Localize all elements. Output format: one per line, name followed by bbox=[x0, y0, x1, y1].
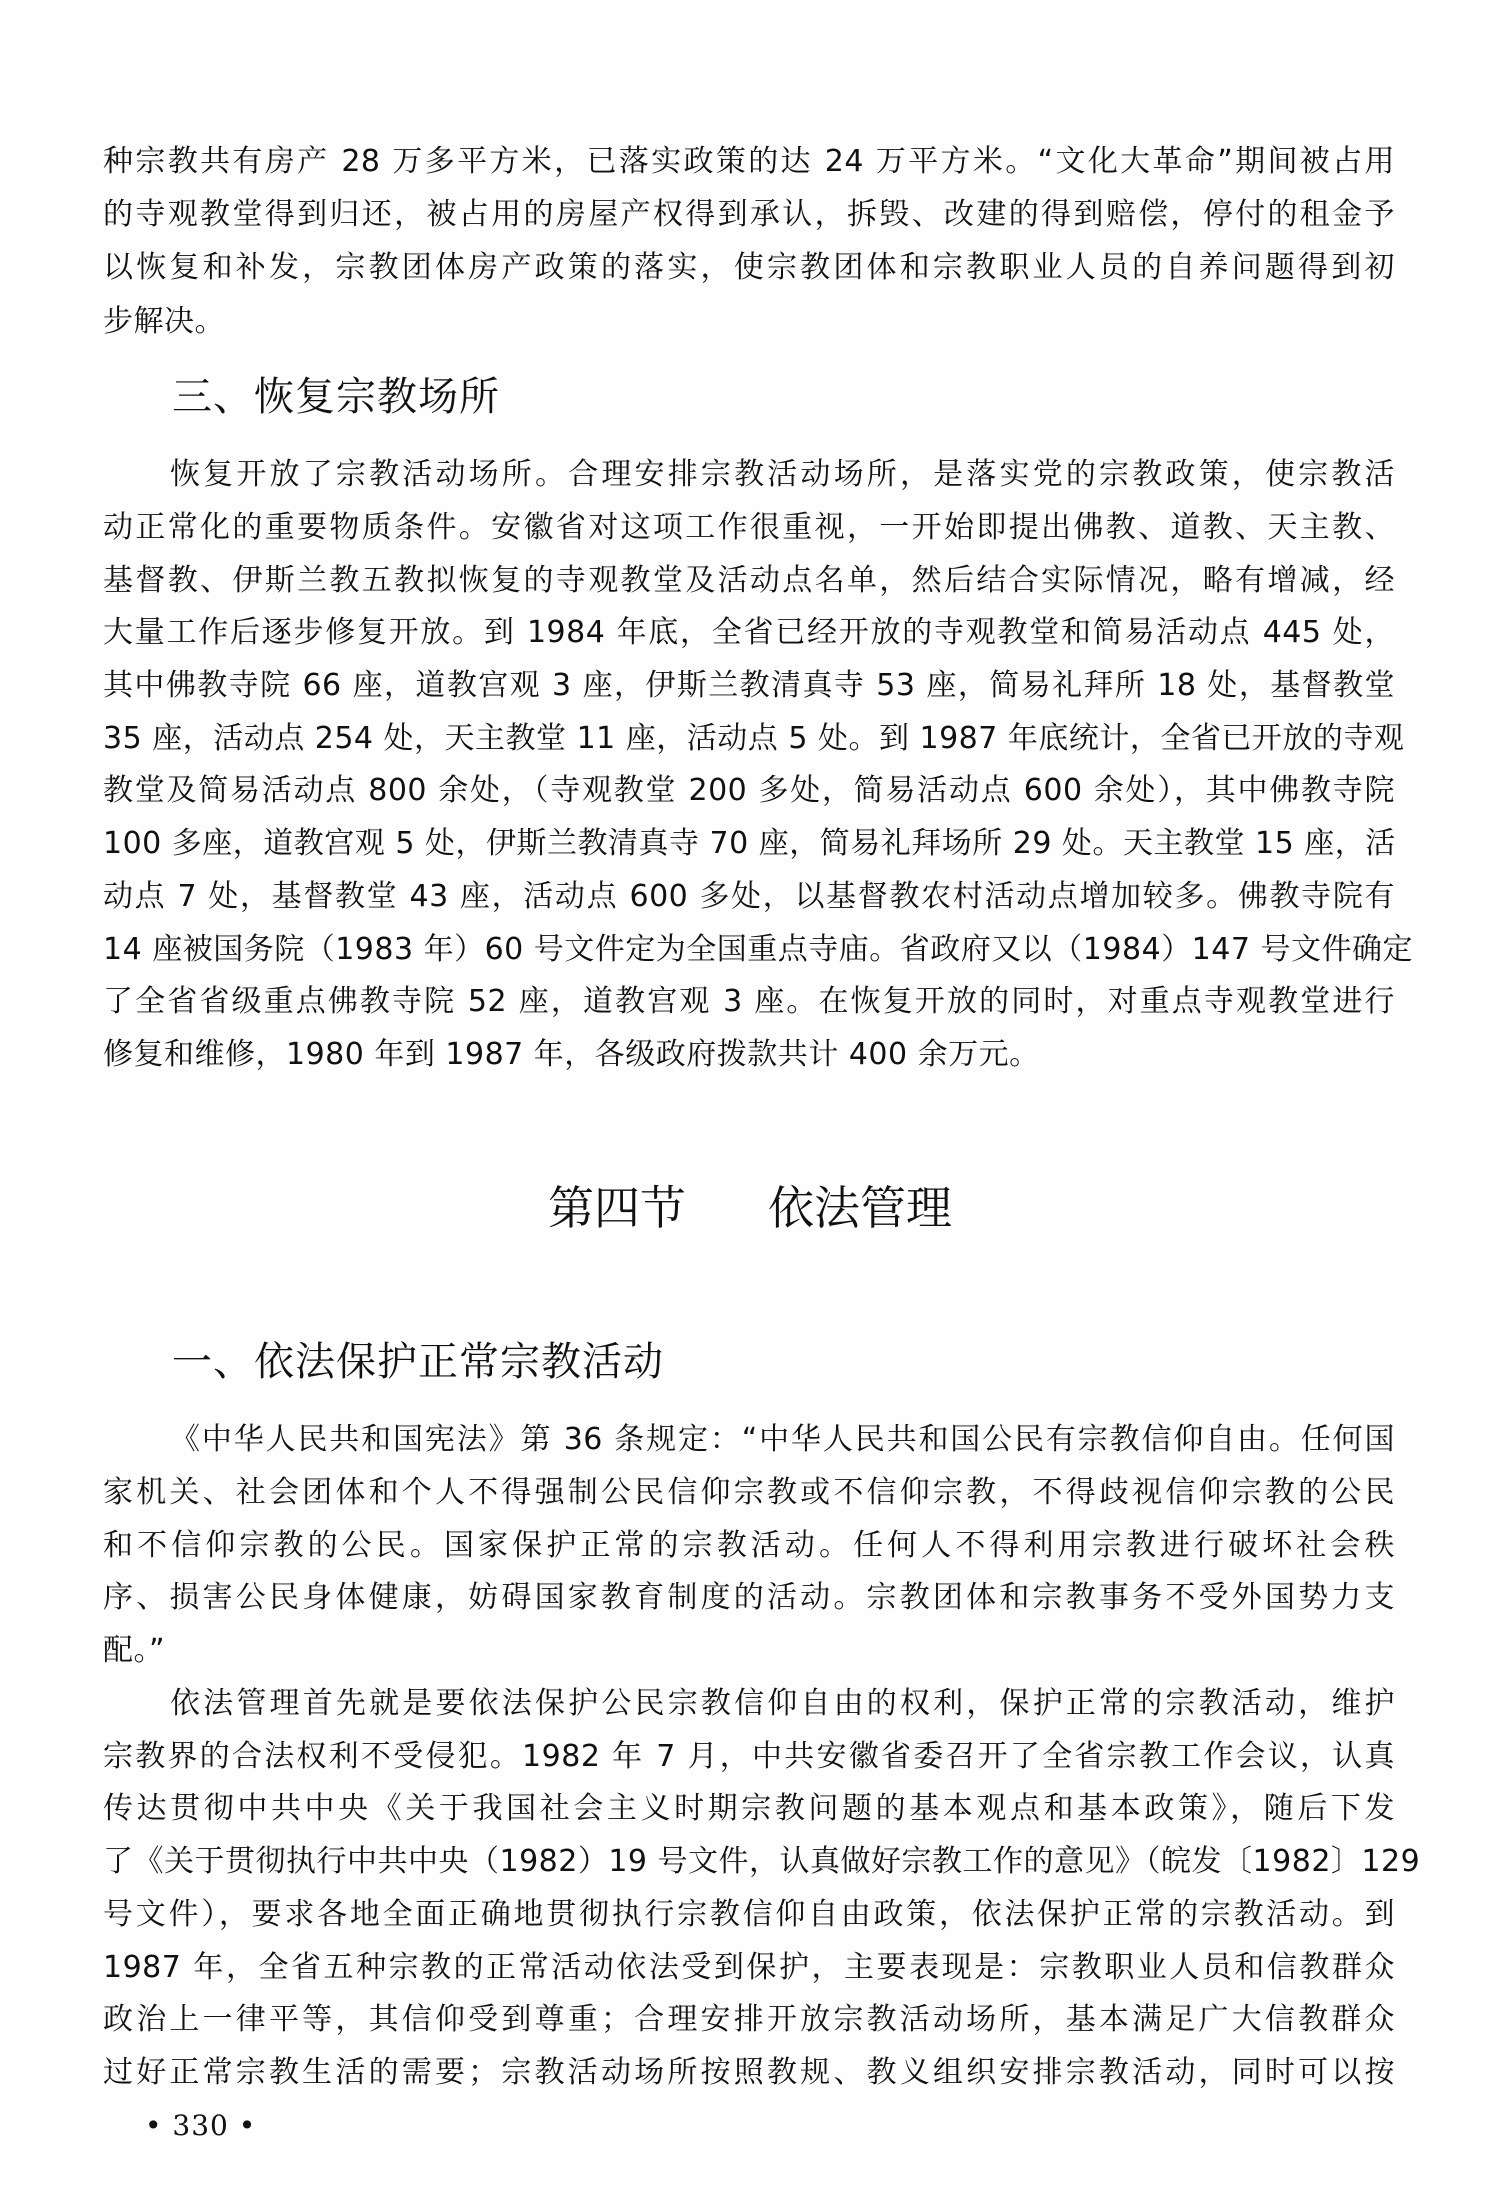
text-line: 了《关于贯彻执行中共中央（1982）19 号文件，认真做好宗教工作的意见》（皖发… bbox=[103, 1836, 1395, 1888]
text-line: 宗教界的合法权利不受侵犯。1982 年 7 月，中共安徽省委召开了全省宗教工作会… bbox=[103, 1731, 1395, 1783]
section-number: 第四节 bbox=[548, 1178, 686, 1238]
text-line: 了全省省级重点佛教寺院 52 座，道教宫观 3 座。在恢复开放的同时，对重点寺观… bbox=[103, 976, 1395, 1028]
text-line: 家机关、社会团体和个人不得强制公民信仰宗教或不信仰宗教，不得歧视信仰宗教的公民 bbox=[103, 1467, 1395, 1519]
text-line: 步解决。 bbox=[103, 296, 1395, 348]
text-line: 动点 7 处，基督教堂 43 座，活动点 600 多处，以基督教农村活动点增加较… bbox=[103, 871, 1395, 923]
section-title: 第四节 依法管理 bbox=[548, 1178, 952, 1238]
text-line: 基督教、伊斯兰教五教拟恢复的寺观教堂及活动点名单，然后结合实际情况，略有增减，经 bbox=[103, 555, 1395, 607]
text-line: 号文件），要求各地全面正确地贯彻执行宗教信仰自由政策，依法保护正常的宗教活动。到 bbox=[103, 1889, 1395, 1941]
text-line: 的寺观教堂得到归还，被占用的房屋产权得到承认，拆毁、改建的得到赔偿，停付的租金予 bbox=[103, 189, 1395, 241]
text-line: 其中佛教寺院 66 座，道教宫观 3 座，伊斯兰教清真寺 53 座，简易礼拜所 … bbox=[103, 660, 1395, 712]
text-line: 政治上一律平等，其信仰受到尊重；合理安排开放宗教活动场所，基本满足广大信教群众 bbox=[103, 1994, 1395, 2046]
text-line: 大量工作后逐步修复开放。到 1984 年底，全省已经开放的寺观教堂和简易活动点 … bbox=[103, 607, 1395, 659]
page-number: • 330 • bbox=[145, 2106, 256, 2146]
document-page: 种宗教共有房产 28 万多平方米，已落实政策的达 24 万平方米。“文化大革命”… bbox=[0, 0, 1500, 2204]
text-line: 教堂及简易活动点 800 余处，（寺观教堂 200 多处，简易活动点 600 余… bbox=[103, 765, 1395, 817]
section-name: 依法管理 bbox=[768, 1178, 952, 1238]
text-line: 100 多座，道教宫观 5 处，伊斯兰教清真寺 70 座，简易礼拜场所 29 处… bbox=[103, 818, 1395, 870]
text-line: 和不信仰宗教的公民。国家保护正常的宗教活动。任何人不得利用宗教进行破坏社会秩 bbox=[103, 1520, 1395, 1572]
text-line: 动正常化的重要物质条件。安徽省对这项工作很重视，一开始即提出佛教、道教、天主教、 bbox=[103, 502, 1395, 554]
text-line: 《中华人民共和国宪法》第 36 条规定：“中华人民共和国公民有宗教信仰自由。任何… bbox=[170, 1414, 1395, 1466]
subsection-heading-protect-religious-activities: 一、依法保护正常宗教活动 bbox=[172, 1334, 664, 1390]
text-line: 过好正常宗教生活的需要；宗教活动场所按照教规、教义组织安排宗教活动，同时可以按 bbox=[103, 2047, 1395, 2099]
text-line: 1987 年，全省五种宗教的正常活动依法受到保护，主要表现是：宗教职业人员和信教… bbox=[103, 1942, 1395, 1994]
text-line: 配。” bbox=[103, 1625, 1395, 1677]
text-line: 传达贯彻中共中央《关于我国社会主义时期宗教问题的基本观点和基本政策》，随后下发 bbox=[103, 1783, 1395, 1835]
text-line: 35 座，活动点 254 处，天主教堂 11 座，活动点 5 处。到 1987 … bbox=[103, 713, 1395, 765]
text-line: 序、损害公民身体健康，妨碍国家教育制度的活动。宗教团体和宗教事务不受外国势力支 bbox=[103, 1572, 1395, 1624]
text-line: 14 座被国务院（1983 年）60 号文件定为全国重点寺庙。省政府又以（198… bbox=[103, 924, 1395, 976]
text-line: 依法管理首先就是要依法保护公民宗教信仰自由的权利，保护正常的宗教活动，维护 bbox=[170, 1678, 1395, 1730]
text-line: 恢复开放了宗教活动场所。合理安排宗教活动场所，是落实党的宗教政策，使宗教活 bbox=[170, 449, 1395, 501]
text-line: 种宗教共有房产 28 万多平方米，已落实政策的达 24 万平方米。“文化大革命”… bbox=[103, 136, 1395, 188]
subsection-heading-restore-religious-sites: 三、恢复宗教场所 bbox=[172, 369, 500, 425]
text-line: 以恢复和补发，宗教团体房产政策的落实，使宗教团体和宗教职业人员的自养问题得到初 bbox=[103, 242, 1395, 294]
text-line: 修复和维修，1980 年到 1987 年，各级政府拨款共计 400 余万元。 bbox=[103, 1029, 1395, 1081]
